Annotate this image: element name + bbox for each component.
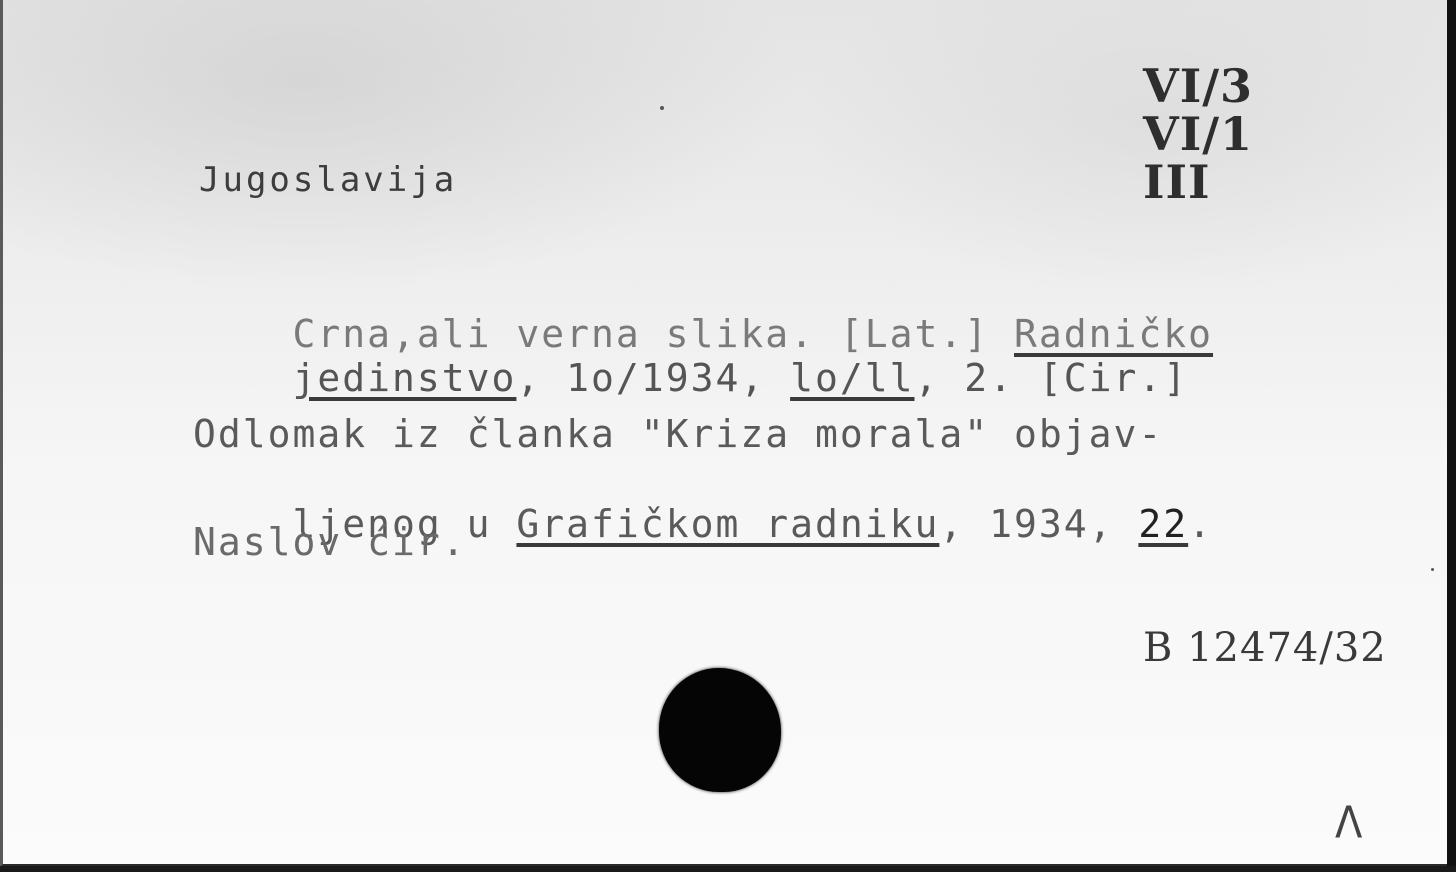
card-edge-bottom [0,866,1456,872]
call-number: VI/1 [1143,110,1253,158]
issue-date: , 1o/1934, [516,356,790,400]
accession-number: B 12474/32 [1143,625,1387,671]
source-year: , 1934, [939,502,1138,546]
speck [660,106,664,110]
call-number: VI/3 [1143,62,1253,110]
card-edge-right [1447,0,1456,872]
note-period: . [1188,502,1213,546]
call-number: III [1143,158,1253,206]
source-periodical: Grafičkom radniku [516,502,939,546]
pencil-mark: Λ [1335,798,1362,849]
note-line-1: Odlomak iz članka "Kriza morala" objav- [193,412,1163,456]
catalog-card: Jugoslavija VI/3 VI/1 III Crna,ali verna… [0,0,1447,868]
issue-number: lo/ll [790,356,914,400]
periodical-title-cont: jedinstvo [293,356,517,400]
punch-hole-icon [659,668,781,792]
note-line-3: Naslov ćir. [193,520,467,564]
source-page: 22 [1138,502,1188,546]
call-numbers: VI/3 VI/1 III [1143,62,1253,206]
page-and-script: , 2. [Cir.] [914,356,1188,400]
speck [1431,568,1434,571]
subject-heading: Jugoslavija [199,160,457,200]
